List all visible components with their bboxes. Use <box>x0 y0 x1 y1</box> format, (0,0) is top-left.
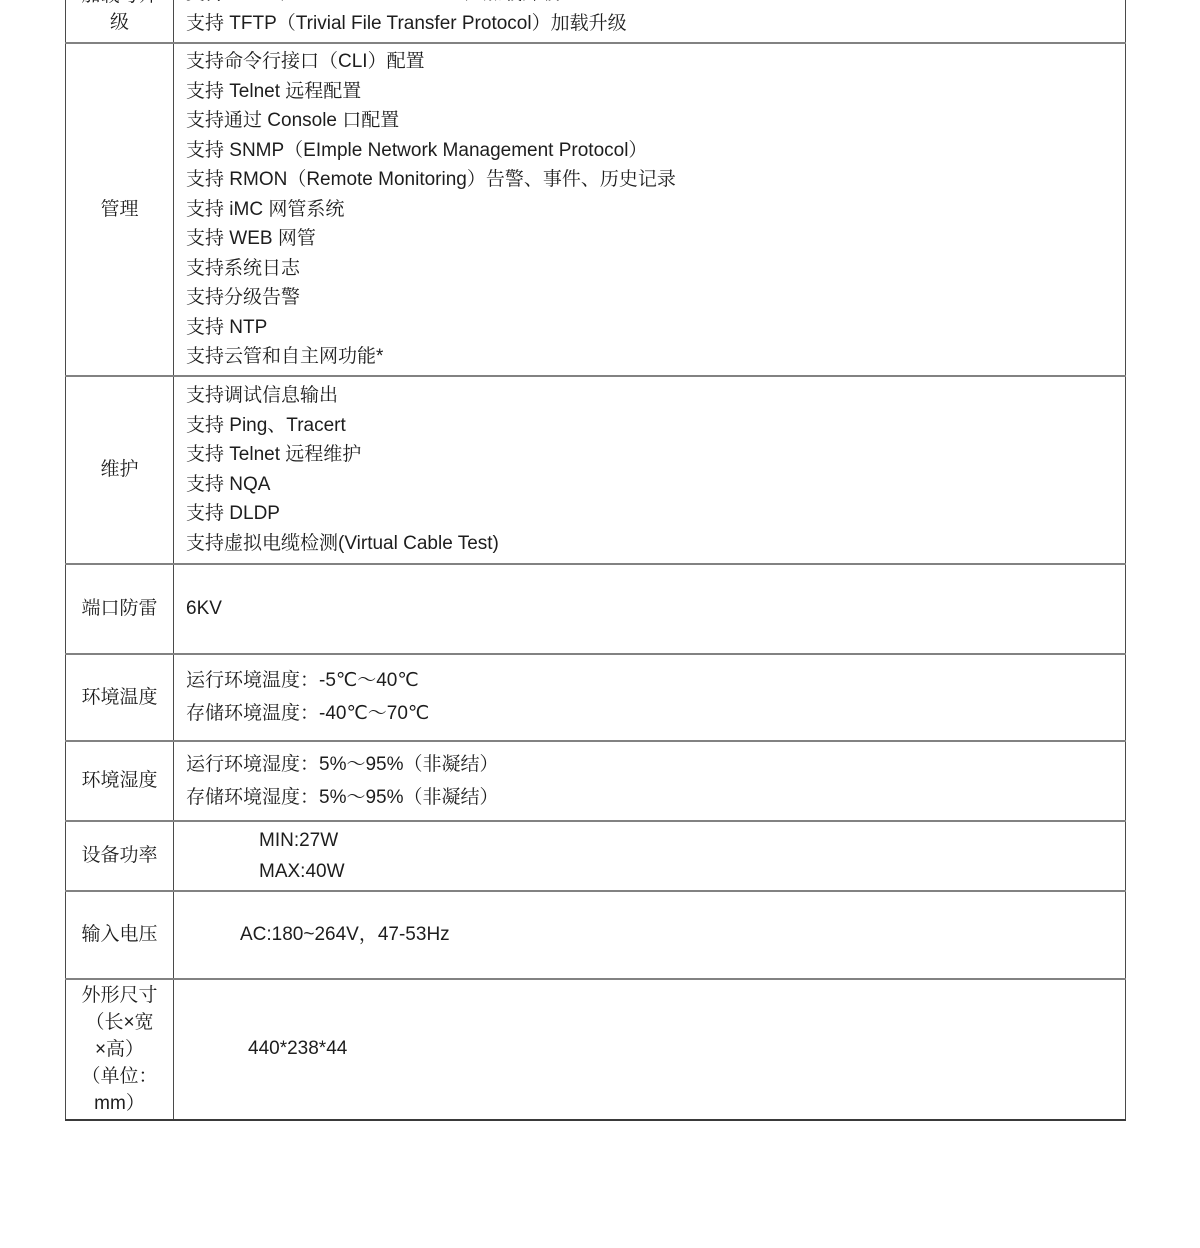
row-lines: AC:180~264V，47-53Hz <box>240 920 1111 950</box>
spec-line: 支持调试信息输出 <box>186 381 1111 411</box>
row-label: 端口防雷 <box>66 564 174 654</box>
spec-line: 支持云管和自主网功能* <box>186 342 1111 372</box>
spec-line: 支持系统日志 <box>186 254 1111 284</box>
spec-line: 支持 Telnet 远程配置 <box>186 77 1111 107</box>
row-content: 支持调试信息输出支持 Ping、Tracert支持 Telnet 远程维护支持 … <box>174 376 1126 564</box>
row-content: AC:180~264V，47-53Hz <box>174 891 1126 979</box>
row-lines: 支持命令行接口（CLI）配置支持 Telnet 远程配置支持通过 Console… <box>186 47 1111 372</box>
row-lines: MIN:27WMAX:40W <box>259 825 1111 887</box>
row-lines: 运行环境湿度：5%～95%（非凝结）存储环境湿度：5%～95%（非凝结） <box>186 748 1111 814</box>
row-lines: 支持调试信息输出支持 Ping、Tracert支持 Telnet 远程维护支持 … <box>186 381 1111 558</box>
row-lines: 运行环境温度：-5℃～40℃存储环境温度：-40℃～70℃ <box>186 664 1111 730</box>
spec-line: 运行环境湿度：5%～95%（非凝结） <box>186 748 1111 781</box>
spec-line: 支持通过 Console 口配置 <box>186 106 1111 136</box>
table-row-4: 环境温度 运行环境温度：-5℃～40℃存储环境温度：-40℃～70℃ <box>66 654 1126 741</box>
spec-line: 支持分级告警 <box>186 283 1111 313</box>
row-content: 运行环境湿度：5%～95%（非凝结）存储环境湿度：5%～95%（非凝结） <box>174 741 1126 821</box>
row-label: 设备功率 <box>66 821 174 891</box>
spec-line: 存储环境湿度：5%～95%（非凝结） <box>186 781 1111 814</box>
row-label: 管理 <box>66 43 174 376</box>
spec-line: 6KV <box>186 594 1111 624</box>
spec-line: 存储环境温度：-40℃～70℃ <box>186 697 1111 730</box>
row-lines: 440*238*44 <box>248 1034 1111 1064</box>
table-row-1: 管理 支持命令行接口（CLI）配置支持 Telnet 远程配置支持通过 Cons… <box>66 43 1126 376</box>
spec-line: 440*238*44 <box>248 1034 1111 1064</box>
spec-line: AC:180~264V，47-53Hz <box>240 920 1111 950</box>
spec-table-body: 加载与升 级 支持 FTP（File Transfer Protocol）加载升… <box>66 0 1126 1120</box>
spec-line: MAX:40W <box>259 856 1111 887</box>
spec-line: 支持 Ping、Tracert <box>186 411 1111 441</box>
spec-table: 加载与升 级 支持 FTP（File Transfer Protocol）加载升… <box>65 0 1126 1121</box>
row-label: 维护 <box>66 376 174 564</box>
row-label: 加载与升 级 <box>66 0 174 43</box>
row-label: 外形尺寸 （长×宽 ×高） （单位： mm） <box>66 979 174 1120</box>
table-row-6: 设备功率 MIN:27WMAX:40W <box>66 821 1126 891</box>
document-page: 加载与升 级 支持 FTP（File Transfer Protocol）加载升… <box>0 0 1200 1223</box>
row-label: 环境温度 <box>66 654 174 741</box>
spec-line: 支持 WEB 网管 <box>186 224 1111 254</box>
row-content: 440*238*44 <box>174 979 1126 1120</box>
row-content: 支持命令行接口（CLI）配置支持 Telnet 远程配置支持通过 Console… <box>174 43 1126 376</box>
row-label: 环境湿度 <box>66 741 174 821</box>
table-row-2: 维护 支持调试信息输出支持 Ping、Tracert支持 Telnet 远程维护… <box>66 376 1126 564</box>
spec-line: 支持 SNMP（EImple Network Management Protoc… <box>186 136 1111 166</box>
row-lines: 6KV <box>186 594 1111 624</box>
table-row-0: 加载与升 级 支持 FTP（File Transfer Protocol）加载升… <box>66 0 1126 43</box>
row-content: 6KV <box>174 564 1126 654</box>
row-content: 运行环境温度：-5℃～40℃存储环境温度：-40℃～70℃ <box>174 654 1126 741</box>
table-row-8: 外形尺寸 （长×宽 ×高） （单位： mm） 440*238*44 <box>66 979 1126 1120</box>
table-row-3: 端口防雷 6KV <box>66 564 1126 654</box>
spec-line: 支持 NTP <box>186 313 1111 343</box>
row-label: 输入电压 <box>66 891 174 979</box>
table-row-7: 输入电压 AC:180~264V，47-53Hz <box>66 891 1126 979</box>
spec-line: 支持 FTP（File Transfer Protocol）加载升级 <box>186 0 1111 9</box>
spec-line: 支持 DLDP <box>186 499 1111 529</box>
spec-line: 支持 Telnet 远程维护 <box>186 440 1111 470</box>
spec-line: 支持 TFTP（Trivial File Transfer Protocol）加… <box>186 9 1111 39</box>
spec-line: 运行环境温度：-5℃～40℃ <box>186 664 1111 697</box>
spec-line: MIN:27W <box>259 825 1111 856</box>
row-content: MIN:27WMAX:40W <box>174 821 1126 891</box>
row-content: 支持 FTP（File Transfer Protocol）加载升级支持 TFT… <box>174 0 1126 43</box>
row-lines: 支持 FTP（File Transfer Protocol）加载升级支持 TFT… <box>186 0 1111 38</box>
spec-line: 支持 iMC 网管系统 <box>186 195 1111 225</box>
table-row-5: 环境湿度 运行环境湿度：5%～95%（非凝结）存储环境湿度：5%～95%（非凝结… <box>66 741 1126 821</box>
spec-line: 支持命令行接口（CLI）配置 <box>186 47 1111 77</box>
spec-line: 支持 NQA <box>186 470 1111 500</box>
spec-line: 支持虚拟电缆检测(Virtual Cable Test) <box>186 529 1111 559</box>
spec-line: 支持 RMON（Remote Monitoring）告警、事件、历史记录 <box>186 165 1111 195</box>
